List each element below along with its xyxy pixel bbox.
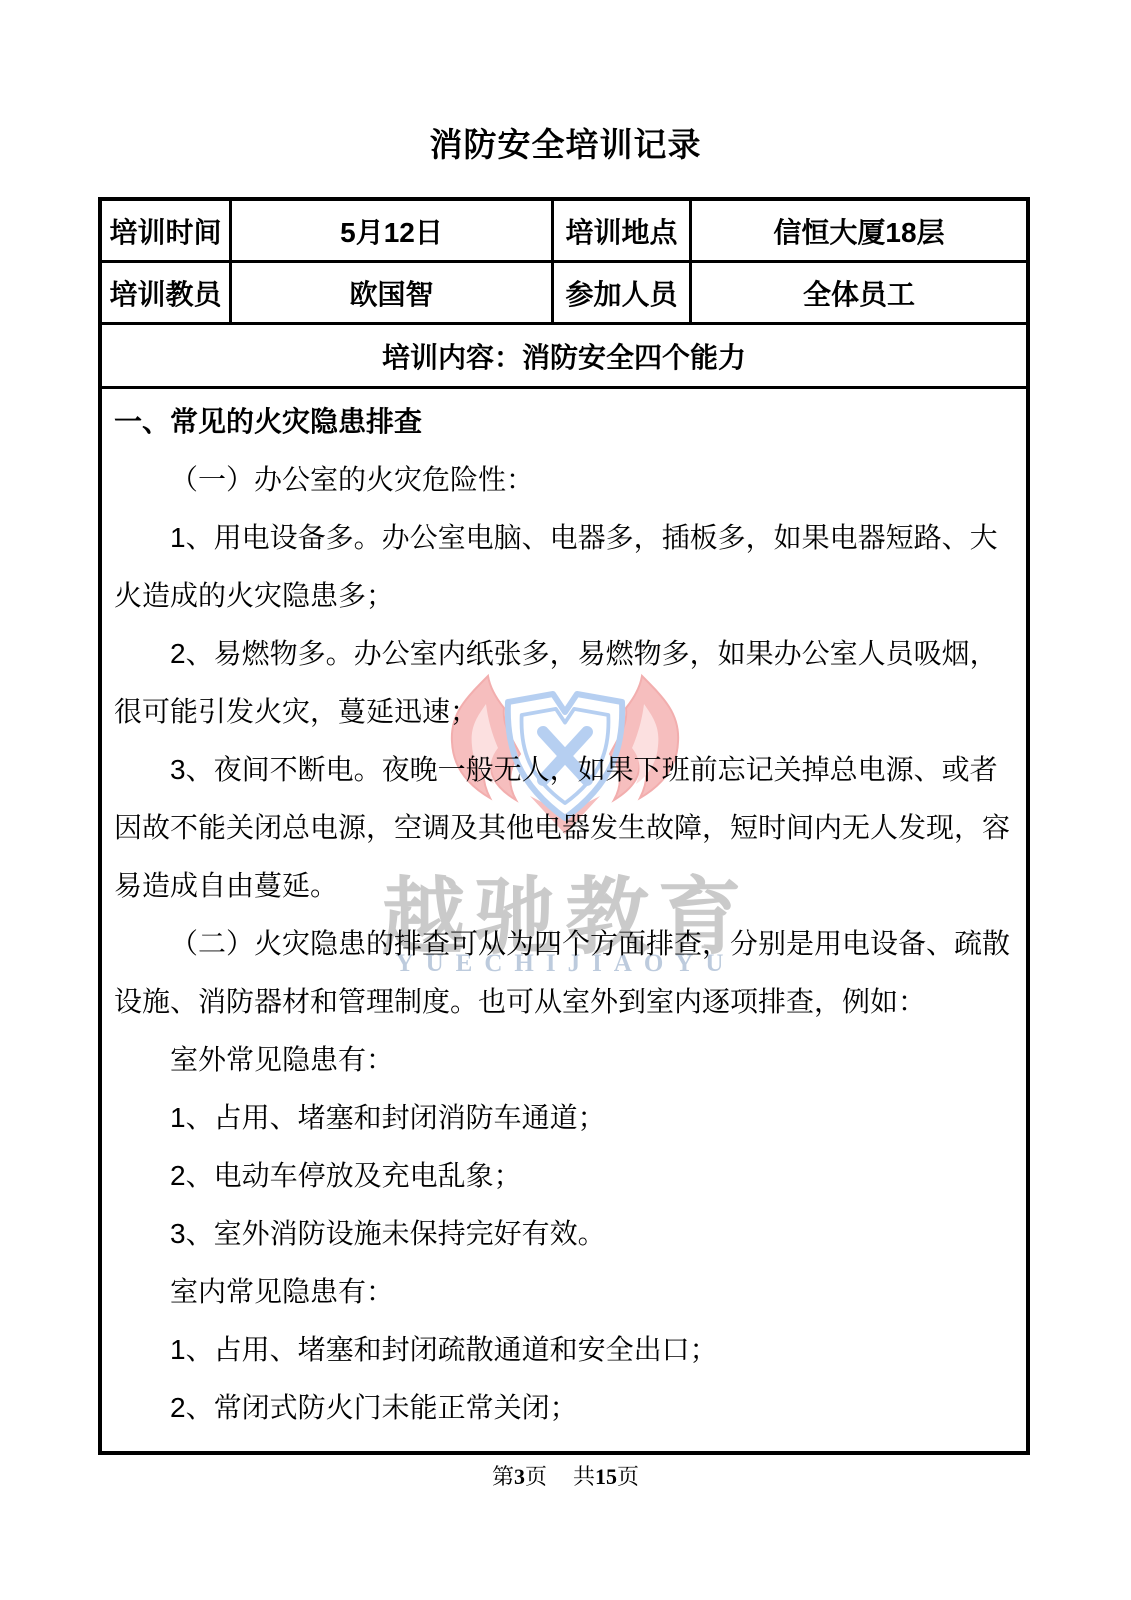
body-paragraph: 3、夜间不断电。夜晚一般无人，如果下班前忘记关掉总电源、或者因故不能关闭总电源，…	[114, 741, 1014, 915]
label-participants: 参加人员	[554, 263, 692, 325]
value-participants: 全体员工	[692, 263, 1026, 325]
training-content-title: 培训内容：消防安全四个能力	[102, 325, 1026, 389]
footer-total-prefix: 共	[573, 1464, 595, 1489]
label-training-time: 培训时间	[102, 201, 232, 263]
page-title: 消防安全培训记录	[0, 119, 1131, 166]
body-paragraph: 3、室外消防设施未保持完好有效。	[114, 1205, 1014, 1263]
footer-page-prefix: 第	[492, 1464, 514, 1489]
body-paragraph: 2、易燃物多。办公室内纸张多，易燃物多，如果办公室人员吸烟，很可能引发火灾，蔓延…	[114, 625, 1014, 741]
body-paragraph: （一）办公室的火灾危险性：	[114, 451, 1014, 509]
training-content-body: 一、常见的火灾隐患排查 （一）办公室的火灾危险性： 1、用电设备多。办公室电脑、…	[102, 389, 1026, 1451]
value-training-location: 信恒大厦18层	[692, 201, 1026, 263]
document-page: 越驰教育 YUECHIJIAOYU 消防安全培训记录 培训时间 5月12日 培训…	[0, 0, 1131, 1600]
value-training-instructor: 欧国智	[232, 263, 554, 325]
footer-page-number: 3	[514, 1464, 525, 1489]
body-paragraph: 室内常见隐患有：	[114, 1263, 1014, 1321]
footer-total-suffix: 页	[617, 1464, 639, 1489]
body-paragraph: 2、电动车停放及充电乱象；	[114, 1147, 1014, 1205]
label-training-instructor: 培训教员	[102, 263, 232, 325]
body-paragraph: 1、占用、堵塞和封闭消防车通道；	[114, 1089, 1014, 1147]
body-paragraph: 室外常见隐患有：	[114, 1031, 1014, 1089]
body-paragraph: 1、占用、堵塞和封闭疏散通道和安全出口；	[114, 1321, 1014, 1379]
label-training-location: 培训地点	[554, 201, 692, 263]
page-footer: 第3页共15页	[0, 1460, 1131, 1491]
training-record-table: 培训时间 5月12日 培训地点 信恒大厦18层 培训教员 欧国智 参加人员 全体…	[98, 197, 1030, 1455]
body-paragraph: 1、用电设备多。办公室电脑、电器多，插板多，如果电器短路、大火造成的火灾隐患多；	[114, 509, 1014, 625]
body-paragraph: （二）火灾隐患的排查可从为四个方面排查，分别是用电设备、疏散设施、消防器材和管理…	[114, 915, 1014, 1031]
section-heading: 一、常见的火灾隐患排查	[114, 393, 1014, 451]
footer-page-suffix: 页	[525, 1464, 547, 1489]
body-paragraph: 2、常闭式防火门未能正常关闭；	[114, 1379, 1014, 1437]
value-training-time: 5月12日	[232, 201, 554, 263]
footer-total-number: 15	[595, 1464, 617, 1489]
